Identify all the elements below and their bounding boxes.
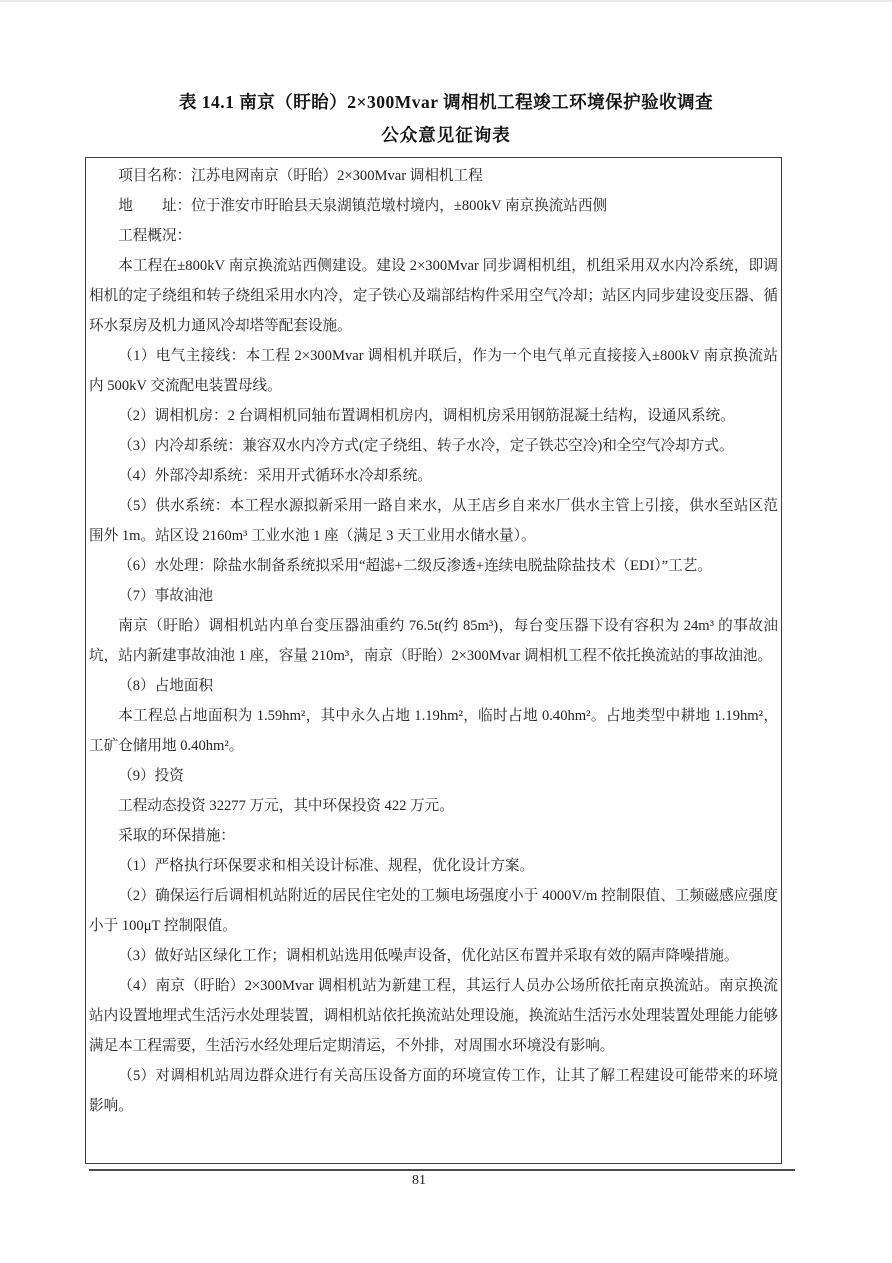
document-subtitle: 公众意见征询表 [0,119,892,152]
form-paragraph: （8）占地面积 [89,671,778,701]
scan-edge [0,0,892,2]
form-paragraph: 采取的环保措施： [89,821,778,851]
form-paragraph: 本工程在±800kV 南京换流站西侧建设。建设 2×300Mvar 同步调相机组… [89,251,778,341]
form-paragraph: 本工程总占地面积为 1.59hm²，其中永久占地 1.19hm²，临时占地 0.… [89,701,778,761]
form-paragraph: 南京（盱眙）调相机站内单台变压器油重约 76.5t(约 85m³)，每台变压器下… [89,611,778,671]
form-paragraph: （2）调相机房：2 台调相机同轴布置调相机房内，调相机房采用钢筋混凝土结构，设通… [89,401,778,431]
form-paragraph: 项目名称：江苏电网南京（盱眙）2×300Mvar 调相机工程 [89,161,778,191]
public-opinion-form-table: 项目名称：江苏电网南京（盱眙）2×300Mvar 调相机工程地 址：位于淮安市盱… [85,157,782,1164]
form-paragraph: （7）事故油池 [89,581,778,611]
form-paragraph: （1）电气主接线：本工程 2×300Mvar 调相机并联后，作为一个电气单元直接… [89,341,778,401]
form-paragraph: （2）确保运行后调相机站附近的居民住宅处的工频电场强度小于 4000V/m 控制… [89,881,778,941]
form-paragraph: （5）供水系统：本工程水源拟新采用一路自来水，从王店乡自来水厂供水主管上引接，供… [89,491,778,551]
form-paragraph: （3）做好站区绿化工作；调相机站选用低噪声设备，优化站区布置并采取有效的隔声降噪… [89,941,778,971]
form-paragraph: （3）内冷却系统：兼容双水内冷方式(定子绕组、转子水冷，定子铁芯空冷)和全空气冷… [89,431,778,461]
form-paragraph: （5）对调相机站周边群众进行有关高压设备方面的环境宣传工作，让其了解工程建设可能… [89,1061,778,1121]
page-number: 81 [89,1173,749,1189]
form-paragraph: （4）南京（盱眙）2×300Mvar 调相机站为新建工程，其运行人员办公场所依托… [89,971,778,1061]
form-paragraph: 工程动态投资 32277 万元，其中环保投资 422 万元。 [89,791,778,821]
form-paragraph: （4）外部冷却系统：采用开式循环水冷却系统。 [89,461,778,491]
form-paragraph: （6）水处理：除盐水制备系统拟采用“超滤+二级反渗透+连续电脱盐除盐技术（EDI… [89,551,778,581]
form-paragraph: 地 址：位于淮安市盱眙县天泉湖镇范墩村境内，±800kV 南京换流站西侧 [89,191,778,221]
form-paragraph: 工程概况： [89,221,778,251]
form-paragraph: （1）严格执行环保要求和相关设计标准、规程，优化设计方案。 [89,851,778,881]
document-title: 表 14.1 南京（盱眙）2×300Mvar 调相机工程竣工环境保护验收调查 [0,86,892,119]
footer-divider [89,1169,795,1171]
form-paragraph: （9）投资 [89,761,778,791]
